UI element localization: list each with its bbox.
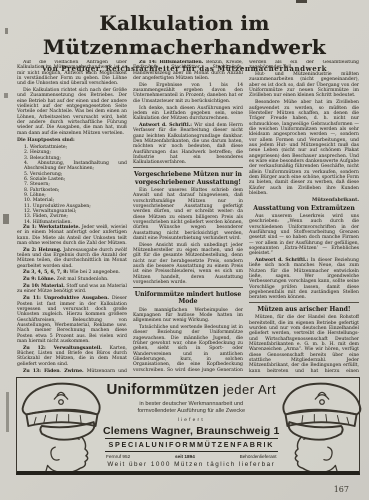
paragraph: Tatsächliche und wertende Bedeutung ist …	[133, 325, 243, 372]
ad-phone: Fernruf 952	[106, 454, 130, 459]
advertisement-text: Uniformmützen jeder Art in bester deutsc…	[103, 378, 280, 471]
column-left: Auf die vielfachen Anfragen über Kalkula…	[17, 60, 127, 372]
scan-speck	[6, 392, 9, 432]
paragraph: Besondere Mühe aber hat im Zivilleben au…	[249, 100, 359, 196]
ad-factory-line: SPECIALUNIFORMMÜTZENFABRIK	[103, 440, 280, 449]
advertisement-box: Uniformmützen jeder Art in bester deutsc…	[16, 377, 360, 475]
paragraph: Auf die vielfachen Anfragen über Kalkula…	[17, 60, 127, 87]
ad-tagline: Weit über 1000 Mützen täglich lieferbar	[103, 461, 280, 468]
paragraph: Zu 9: Löhne. Zeit mal Stundenlohn.	[17, 277, 127, 282]
paragraph: Diese Ansicht muß sich unbedingt jeder M…	[133, 243, 243, 286]
page-title: Kalkulation im Mützenmacherhandwerk	[0, 11, 369, 59]
section-heading: Ausstattung von Extramützen	[249, 205, 359, 213]
paragraph: Zu 3, 4, 5, 6, 7, 8: Wie bei 2 angegeben…	[17, 270, 127, 275]
paragraph: Hut- und Mützenindustrie müßten zusammen…	[249, 72, 359, 99]
cap-illustration-left	[17, 378, 103, 471]
paragraph: Mützen, für die der Handel den Rohstoff …	[249, 315, 359, 372]
article-columns: Auf die vielfachen Anfragen über Kalkula…	[17, 60, 360, 372]
ad-supplier: Behördenlieferant	[240, 454, 277, 459]
paragraph: Zu 13: Fäden, Zwirne. Mützengarn und Zwi…	[17, 369, 127, 372]
article-signature: Mützenfabrikant.	[249, 198, 359, 204]
list-intro: Die Hauptposten sind:	[17, 138, 127, 143]
scanned-page: Kalkulation im Mützenmacherhandwerk Von …	[0, 0, 369, 500]
section-heading: Mützen aus arischer Hand!	[249, 302, 359, 314]
ad-info-row: Fernruf 952 seit 1894 Behördenlieferant	[103, 452, 280, 459]
paragraph: Die mannigfachen Werbeimpulse der Kampag…	[133, 308, 243, 324]
paragraph: Zu 12: Verwaltungsanteil. Karten, Bücher…	[17, 346, 127, 367]
scan-speck	[4, 93, 8, 98]
section-heading: Uniformmütze mindert hutlose Mode	[133, 287, 243, 306]
scan-speck	[3, 214, 9, 224]
uniform-cap-head-icon	[17, 378, 103, 471]
editor-answer: Antwort d. Schriftl.: In dieser Beziehun…	[249, 258, 359, 301]
uniform-cap-head-icon	[280, 378, 366, 471]
ad-company-name: Clemens Wagner, Braunschweig 1	[103, 425, 280, 437]
page-number: 167	[334, 485, 349, 494]
ad-headline: Uniformmützen jeder Art	[103, 381, 280, 399]
editor-answer: Antwort d. Schriftl.: Wir sind dem Herrn…	[133, 123, 243, 166]
ad-divider	[105, 438, 278, 439]
paragraph: Zu 1: Werkstattmiete. Jeder weiß, wievie…	[17, 225, 127, 246]
paragraph: Ein Leser unseres Blattes schrieb dem An…	[133, 188, 243, 241]
column-middle: Zu 14: Hilfsmaterialien. Benzin, Kreide,…	[133, 60, 243, 372]
ad-since: seit 1894	[175, 454, 195, 459]
cap-illustration-right	[280, 378, 366, 471]
list-item: 4. Abnutzung, Instandhaltung und Abschre…	[17, 161, 127, 172]
paragraph: werden als ein der Gesamtleistung zugehö…	[249, 60, 359, 71]
paragraph: Zu 11: Unproduktive Ausgaben. Dieser Pos…	[17, 296, 127, 344]
paragraph: Ich denke, nach diesen Ausführungen wird…	[133, 106, 243, 122]
cost-item-list: 1. Werkstattmiete; 2. Heizung; 3. Beleuc…	[17, 145, 127, 225]
section-heading: Vorgeschriebene Mützen nur in vorgeschri…	[133, 167, 243, 186]
ad-delivers-label: liefert	[103, 418, 280, 423]
column-right: werden als ein der Gesamtleistung zugehö…	[249, 60, 359, 372]
paragraph: Zu 14: Hilfsmaterialien. Benzin, Kreide,…	[133, 60, 243, 81]
paragraph: Zu 2: Heizung. Jahresausgabe durch zwölf…	[17, 248, 127, 269]
paragraph: Die Ergebnisse von 1 bis 14 zusammengezä…	[133, 83, 243, 104]
paragraph: Aus unserem Leserkreis wird uns geschrie…	[249, 214, 359, 257]
paragraph: Zu 10: Material. Stoff und was an Materi…	[17, 284, 127, 295]
ad-subtitle: in bester deutscher Werkmannsarbeit und …	[103, 401, 280, 416]
paragraph: Die Kalkulation richtet sich nach der Gr…	[17, 88, 127, 136]
